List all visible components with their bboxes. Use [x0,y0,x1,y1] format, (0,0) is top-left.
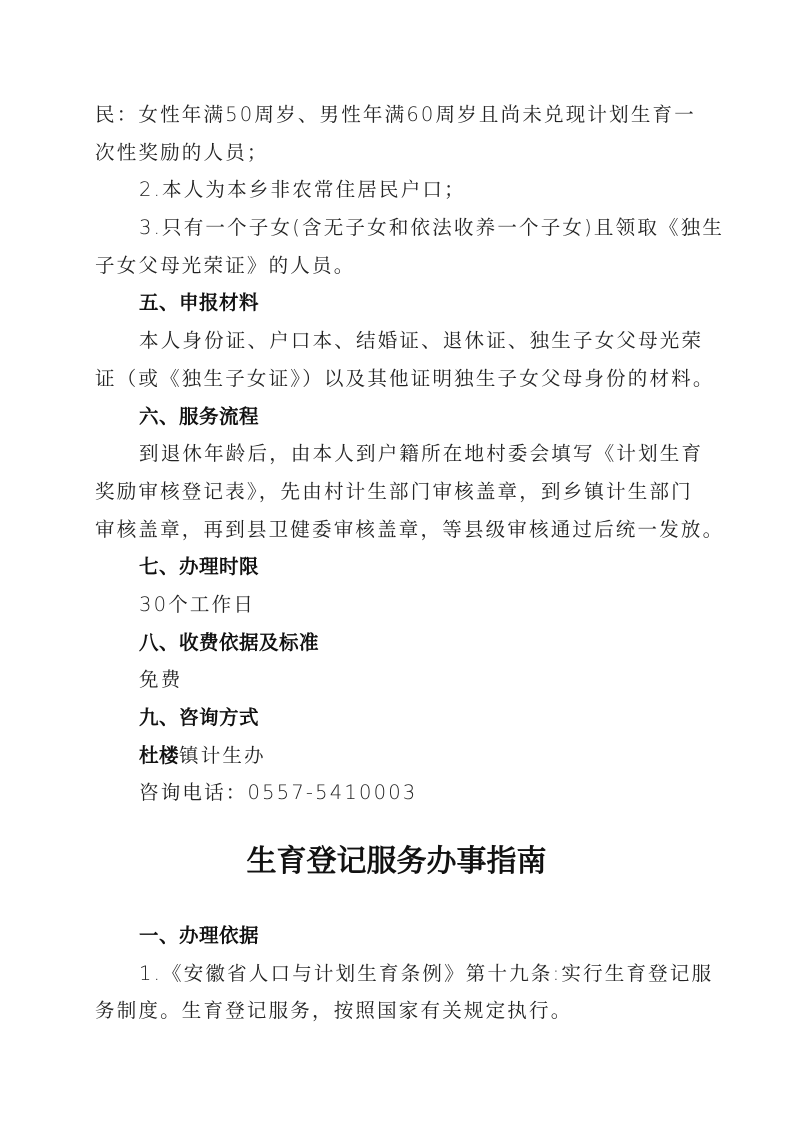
section-heading-fees: 八、收费依据及标准 [95,624,703,662]
paragraph-line: 1.《安徽省人口与计划生育条例》第十九条:实行生育登记服 [95,955,703,993]
section-heading-contact: 九、咨询方式 [95,699,703,737]
section-heading-materials: 五、申报材料 [95,284,703,322]
paragraph-line: 本人身份证、户口本、结婚证、退休证、独生子女父母光荣 [95,322,703,360]
contact-phone: 咨询电话：0557-5410003 [95,774,703,812]
office-name-rest: 镇计生办 [179,744,266,767]
document-page-part1: 民：女性年满50周岁、男性年满60周岁且尚未兑现计划生育一 次性奖励的人员； 2… [95,96,703,812]
paragraph-line: 证（或《独生子女证》）以及其他证明独生子女父母身份的材料。 [95,360,703,398]
paragraph-line: 民：女性年满50周岁、男性年满60周岁且尚未兑现计划生育一 [95,96,703,134]
section-heading-basis: 一、办理依据 [95,917,703,955]
paragraph-line: 到退休年龄后，由本人到户籍所在地村委会填写《计划生育 [95,435,703,473]
paragraph-line: 次性奖励的人员； [95,134,703,172]
fee-value: 免费 [95,661,703,699]
document-title: 生育登记服务办事指南 [0,836,793,880]
paragraph-line: 奖励审核登记表》，先由村计生部门审核盖章，到乡镇计生部门 [95,473,703,511]
section-heading-time-limit: 七、办理时限 [95,548,703,586]
document-page-part2: 一、办理依据 1.《安徽省人口与计划生育条例》第十九条:实行生育登记服 务制度。… [95,917,703,1030]
list-item-3: 3.只有一个子女(含无子女和依法收养一个子女)且领取《独生 [95,209,703,247]
contact-office: 杜楼镇计生办 [95,737,703,775]
time-limit-value: 30个工作日 [95,586,703,624]
paragraph-line: 务制度。生育登记服务，按照国家有关规定执行。 [95,992,703,1030]
office-town-name: 杜楼 [139,744,179,767]
paragraph-line: 审核盖章，再到县卫健委审核盖章，等县级审核通过后统一发放。 [95,511,703,549]
section-heading-process: 六、服务流程 [95,398,703,436]
list-item-3-continued: 子女父母光荣证》的人员。 [95,247,703,285]
list-item-2: 2.本人为本乡非农常住居民户口； [95,171,703,209]
